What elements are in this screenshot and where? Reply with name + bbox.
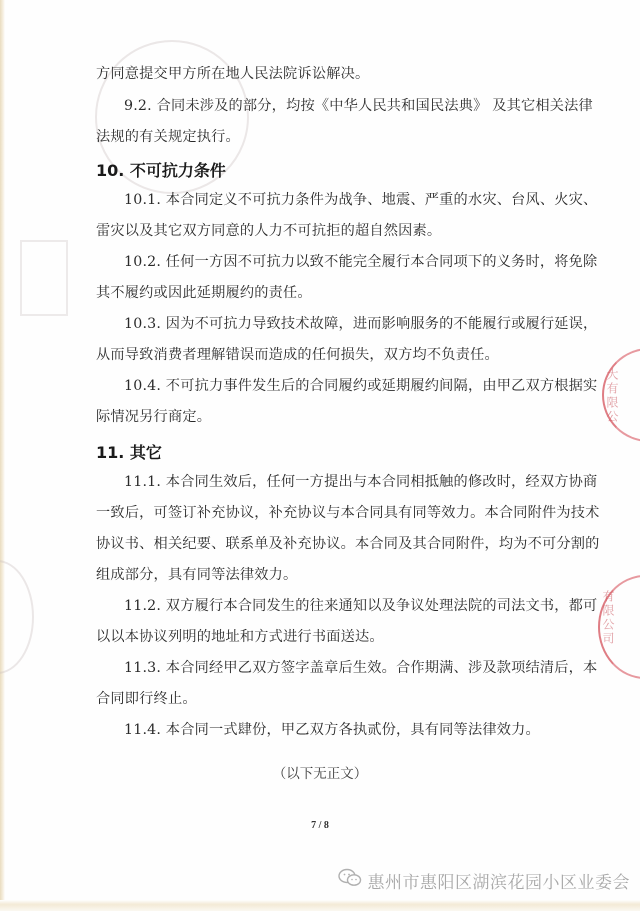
clause-10-3-cont: 从而导致消费者理解错误而造成的任何损失，双方均不负责任。 [0, 345, 640, 365]
wechat-watermark: 惠州市惠阳区湖滨花园小区业委会 [338, 868, 631, 893]
seal-upper-right-text: 大有限公 [604, 368, 621, 424]
text-line: 法规的有关规定执行。 [0, 127, 640, 147]
section-heading-11: 11. 其它 [96, 440, 162, 463]
clause-11-1-cont: 一致后，可签订补充协议，补充协议与本合同具有同等效力。本合同附件为技术 [0, 503, 640, 523]
clause-10-1: 10.1. 本合同定义不可抗力条件为战争、地震、严重的水灾、台风、火灾、 [0, 190, 640, 210]
clause-10-1-cont: 雷灾以及其它双方同意的人力不可抗拒的超自然因素。 [0, 221, 640, 241]
clause-10-3: 10.3. 因为不可抗力导致技术故障，进而影响服务的不能履行或履行延误， [0, 314, 640, 334]
clause-11-3: 11.3. 本合同经甲乙双方签字盖章后生效。合作期满、涉及款项结清后，本 [0, 658, 640, 678]
clause-10-2: 10.2. 任何一方因不可抗力以致不能完全履行本合同项下的义务时，将免除 [0, 252, 640, 272]
clause-9-2: 9.2. 合同未涉及的部分，均按《中华人民共和国民法典》 及其它相关法律 [0, 96, 640, 116]
page-bottom-edge [0, 900, 640, 911]
text-line: 方同意提交甲方所在地人民法院诉讼解决。 [0, 64, 640, 84]
clause-11-1-cont: 组成部分，具有同等法律效力。 [0, 565, 640, 585]
clause-11-4: 11.4. 本合同一式肆份，甲乙双方各执贰份，具有同等法律效力。 [0, 720, 640, 740]
clause-11-3-cont: 合同即行终止。 [0, 689, 640, 709]
clause-10-2-cont: 其不履约或因此延期履约的责任。 [0, 283, 640, 303]
clause-11-2: 11.2. 双方履行本合同发生的往来通知以及争议处理法院的司法文书，都可 [0, 596, 640, 616]
scanned-contract-page: 方同意提交甲方所在地人民法院诉讼解决。 9.2. 合同未涉及的部分，均按《中华人… [0, 0, 640, 911]
clause-11-1: 11.1. 本合同生效后，任何一方提出与本合同相抵触的修改时，经双方协商 [0, 472, 640, 492]
seal-lower-right-text: 有限公司 [600, 590, 617, 646]
section-heading-10: 10. 不可抗力条件 [96, 158, 226, 181]
wechat-icon [338, 868, 362, 893]
clause-10-4: 10.4. 不可抗力事件发生后的合同履约或延期履约间隔，由甲乙双方根据实 [0, 376, 640, 396]
end-of-text-note: （以下无正文） [0, 762, 640, 782]
clause-11-2-cont: 以以本协议列明的地址和方式进行书面送达。 [0, 627, 640, 647]
watermark-text: 惠州市惠阳区湖滨花园小区业委会 [368, 868, 631, 893]
clause-10-4-cont: 际情况另行商定。 [0, 407, 640, 427]
page-number: 7 / 8 [300, 820, 340, 831]
clause-11-1-cont: 协议书、相关纪要、联系单及补充协议。本合同及其合同附件，均为不可分割的 [0, 534, 640, 554]
